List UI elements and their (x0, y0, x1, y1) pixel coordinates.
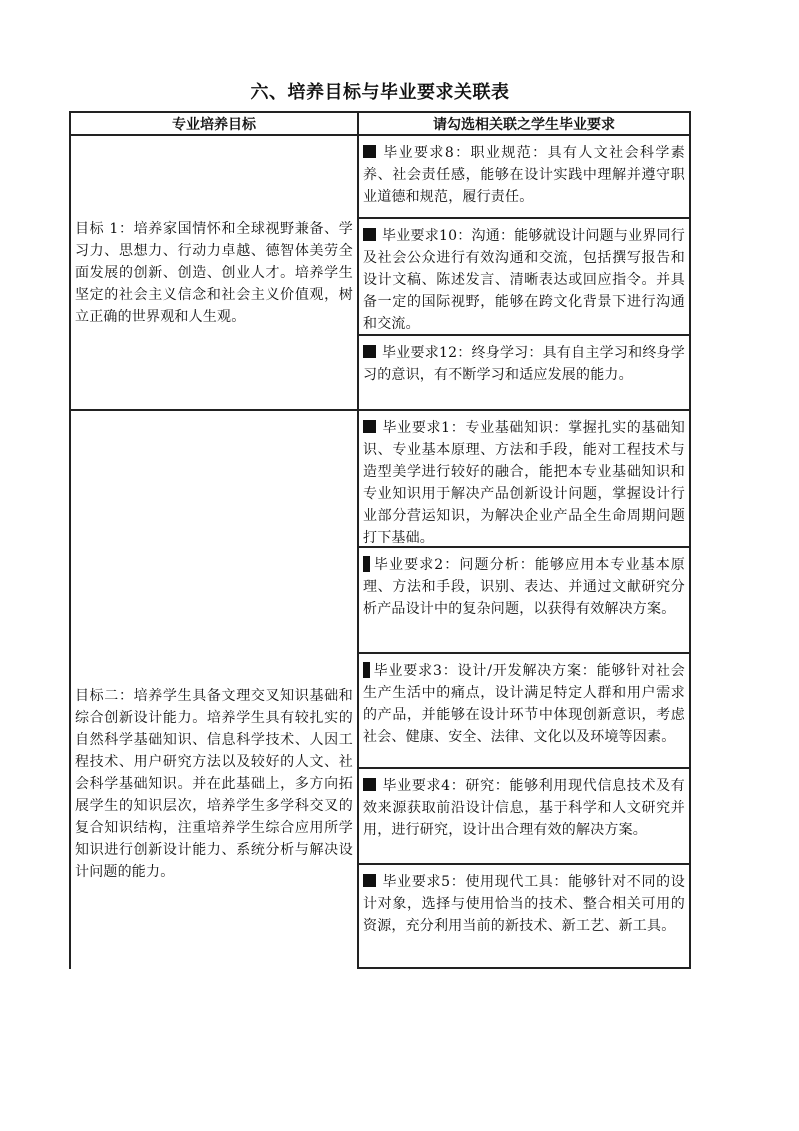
goal-1-requirements: 毕业要求8：职业规范：具有人文社会科学素养、社会责任感，能够在设计实践中理解并遵… (357, 136, 691, 409)
checked-box-icon[interactable] (363, 778, 376, 791)
checked-box-icon[interactable] (363, 874, 376, 887)
header-requirements: 请勾选相关联之学生毕业要求 (359, 113, 689, 134)
requirement-text: 毕业要求10：沟通：能够就设计问题与业界同行及社会公众进行有效沟通和交流，包括撰… (363, 228, 685, 332)
requirement-4[interactable]: 毕业要求4：研究：能够利用现代信息技术及有效来源获取前沿设计信息，基于科学和人文… (357, 769, 691, 865)
requirement-5[interactable]: 毕业要求5：使用现代工具：能够针对不同的设计对象，选择与使用恰当的技术、整合相关… (357, 865, 691, 969)
requirement-text: 毕业要求12：终身学习：具有自主学习和终身学习的意识，有不断学习和适应发展的能力… (363, 345, 685, 383)
requirement-1[interactable]: 毕业要求1：专业基础知识：掌握扎实的基础知识、专业基本原理、方法和手段，能对工程… (357, 411, 691, 548)
requirement-text: 毕业要求4：研究：能够利用现代信息技术及有效来源获取前沿设计信息，基于科学和人文… (363, 778, 685, 838)
requirement-text: 毕业要求2：问题分析：能够应用本专业基本原理、方法和手段，识别、表达、并通过文献… (363, 557, 685, 617)
checked-box-icon[interactable] (363, 556, 370, 572)
goal-2-text: 目标二：培养学生具备文理交叉知识基础和综合创新设计能力。培养学生具有较扎实的自然… (75, 685, 353, 883)
goal-2-cell: 目标二：培养学生具备文理交叉知识基础和综合创新设计能力。培养学生具有较扎实的自然… (69, 411, 357, 969)
requirement-text: 毕业要求1：专业基础知识：掌握扎实的基础知识、专业基本原理、方法和手段，能对工程… (363, 420, 685, 546)
requirement-10[interactable]: 毕业要求10：沟通：能够就设计问题与业界同行及社会公众进行有效沟通和交流，包括撰… (357, 219, 691, 336)
header-goals: 专业培养目标 (71, 113, 359, 134)
goal-1-cell: 目标 1：培养家国情怀和全球视野兼备、学习力、思想力、行动力卓越、德智体美劳全面… (69, 136, 357, 409)
goal-2-requirements: 毕业要求1：专业基础知识：掌握扎实的基础知识、专业基本原理、方法和手段，能对工程… (357, 411, 691, 969)
table-row-goal-2: 目标二：培养学生具备文理交叉知识基础和综合创新设计能力。培养学生具有较扎实的自然… (69, 411, 691, 969)
requirement-12[interactable]: 毕业要求12：终身学习：具有自主学习和终身学习的意识，有不断学习和适应发展的能力… (357, 336, 691, 409)
checked-box-icon[interactable] (363, 662, 370, 678)
checked-box-icon[interactable] (363, 345, 376, 358)
requirement-3[interactable]: 毕业要求3：设计/开发解决方案：能够针对社会生产生活中的痛点，设计满足特定人群和… (357, 654, 691, 769)
checked-box-icon[interactable] (363, 228, 376, 241)
requirement-text: 毕业要求3：设计/开发解决方案：能够针对社会生产生活中的痛点，设计满足特定人群和… (363, 663, 685, 745)
requirement-text: 毕业要求5：使用现代工具：能够针对不同的设计对象，选择与使用恰当的技术、整合相关… (363, 874, 685, 934)
checked-box-icon[interactable] (363, 145, 376, 158)
goal-requirement-table: 专业培养目标 请勾选相关联之学生毕业要求 目标 1：培养家国情怀和全球视野兼备、… (69, 111, 691, 969)
page-title: 六、培养目标与毕业要求关联表 (69, 80, 691, 106)
requirement-text: 毕业要求8：职业规范：具有人文社会科学素养、社会责任感，能够在设计实践中理解并遵… (363, 145, 685, 205)
table-header-row: 专业培养目标 请勾选相关联之学生毕业要求 (69, 111, 691, 136)
requirement-8[interactable]: 毕业要求8：职业规范：具有人文社会科学素养、社会责任感，能够在设计实践中理解并遵… (357, 136, 691, 219)
checked-box-icon[interactable] (363, 420, 376, 433)
goal-1-text: 目标 1：培养家国情怀和全球视野兼备、学习力、思想力、行动力卓越、德智体美劳全面… (75, 218, 353, 328)
table-row-goal-1: 目标 1：培养家国情怀和全球视野兼备、学习力、思想力、行动力卓越、德智体美劳全面… (69, 136, 691, 411)
requirement-2[interactable]: 毕业要求2：问题分析：能够应用本专业基本原理、方法和手段，识别、表达、并通过文献… (357, 548, 691, 654)
